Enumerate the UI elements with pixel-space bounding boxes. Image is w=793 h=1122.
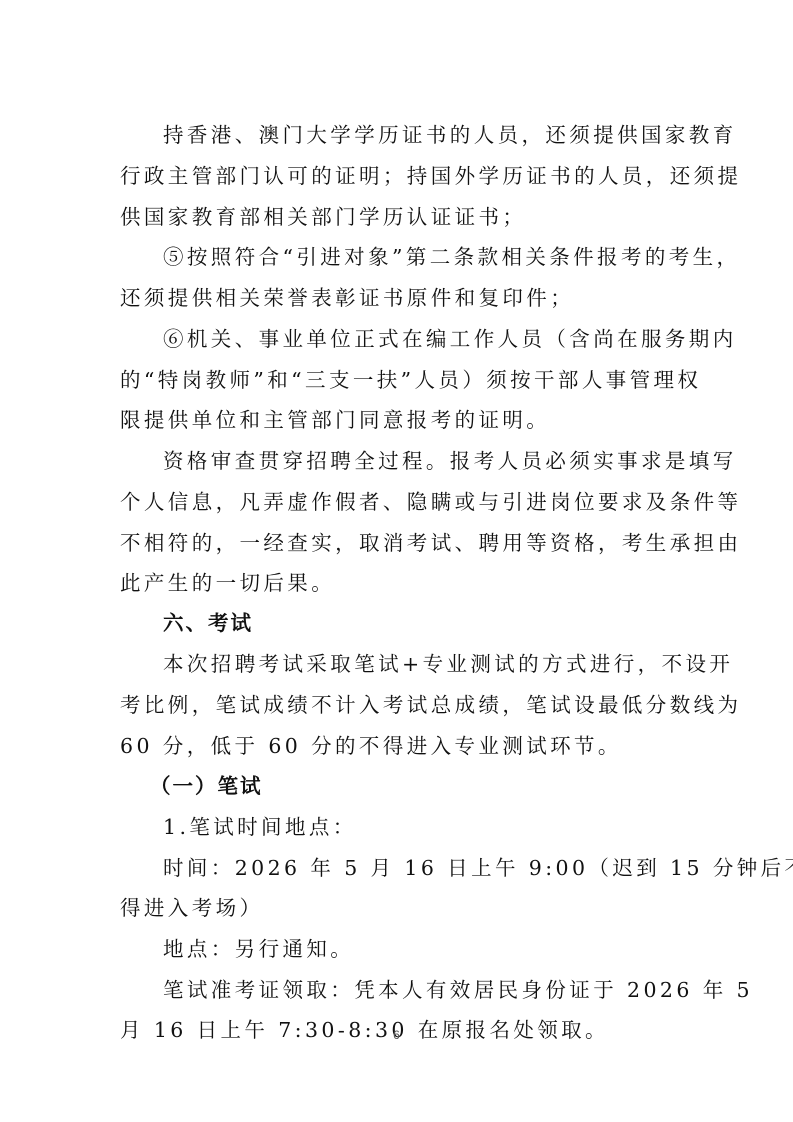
paragraph-line: 的“特岗教师”和“三支一扶”人员）须按干部人事管理权 [120,366,680,394]
paragraph-line: 考比例，笔试成绩不计入考试总成绩，笔试设最低分数线为 [120,691,680,719]
document-page: 持香港、澳门大学学历证书的人员，还须提供国家教育 行政主管部门认可的证明；持国外… [0,0,793,1122]
paragraph-line: 还须提供相关荣誉表彰证书原件和复印件； [120,284,680,312]
paragraph-line: 个人信息，凡弄虚作假者、隐瞒或与引进岗位要求及条件等 [120,488,680,516]
paragraph-line: 不相符的，一经查实，取消考试、聘用等资格，考生承担由 [120,529,680,557]
page-number: 6 [0,1028,793,1042]
paragraph-line: 持香港、澳门大学学历证书的人员，还须提供国家教育 [163,121,723,149]
paragraph-line: 限提供单位和主管部门同意报考的证明。 [120,406,680,434]
subsection-heading: （一）笔试 [150,772,710,800]
paragraph-line: 60 分，低于 60 分的不得进入专业测试环节。 [120,732,680,760]
paragraph-line: 行政主管部门认可的证明；持国外学历证书的人员，还须提 [120,162,680,190]
paragraph-line: ⑤按照符合“引进对象”第二条款相关条件报考的考生， [163,243,723,271]
paragraph-line: 时间：2026 年 5 月 16 日上午 9:00（迟到 15 分钟后不 [163,854,723,882]
paragraph-line: 得进入考场） [120,894,680,922]
paragraph-line: 供国家教育部相关部门学历认证证书； [120,203,680,231]
paragraph-line: 本次招聘考试采取笔试+专业测试的方式进行，不设开 [163,650,723,678]
paragraph-line: 资格审查贯穿招聘全过程。报考人员必须实事求是填写 [163,447,723,475]
paragraph-line: 此产生的一切后果。 [120,569,680,597]
section-heading: 六、考试 [163,609,723,637]
paragraph-line: 地点：另行通知。 [163,935,723,963]
paragraph-line: ⑥机关、事业单位正式在编工作人员（含尚在服务期内 [163,325,723,353]
paragraph-line: 1.笔试时间地点： [163,813,723,841]
paragraph-line: 笔试准考证领取：凭本人有效居民身份证于 2026 年 5 [163,976,723,1004]
